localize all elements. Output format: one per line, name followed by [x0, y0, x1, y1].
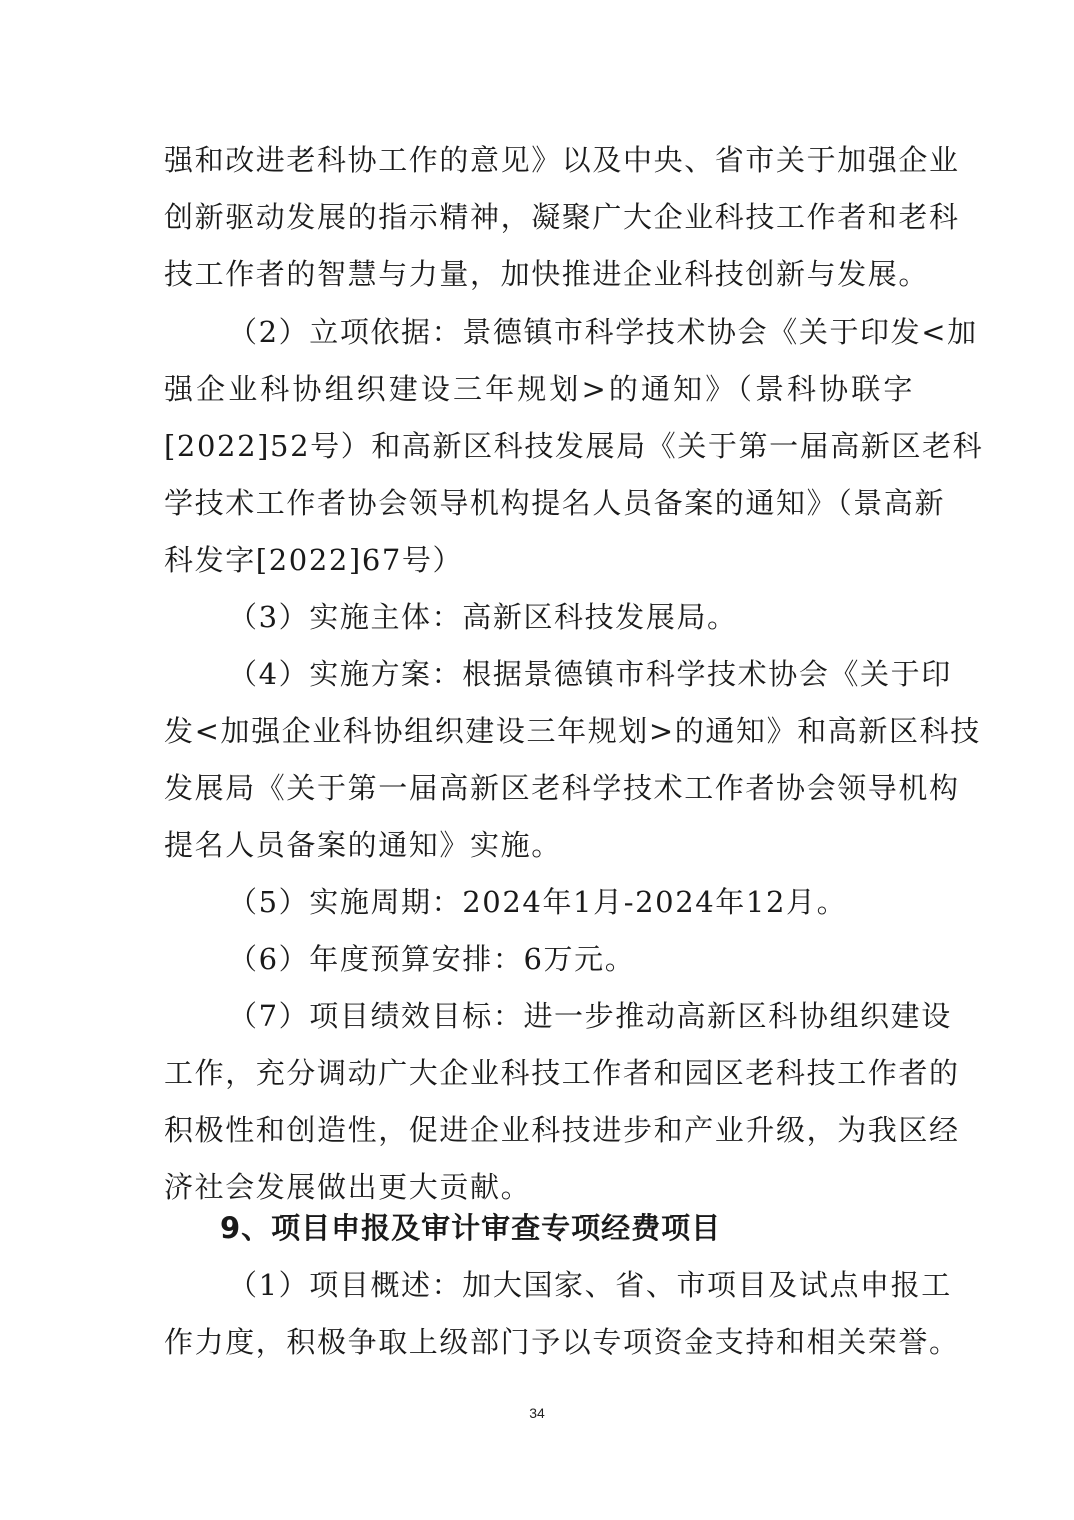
body-text-line: 发展局《关于第一届高新区老科学技术工作者协会领导机构 [164, 768, 914, 808]
body-text-line: 技工作者的智慧与力量，加快推进企业科技创新与发展。 [164, 254, 914, 294]
paragraph-plan-line: （4）实施方案：根据景德镇市科学技术协会《关于印 [228, 654, 914, 694]
body-text-line: 积极性和创造性，促进企业科技进步和产业升级，为我区经 [164, 1110, 914, 1150]
paragraph-overview-line: （1）项目概述：加大国家、省、市项目及试点申报工 [228, 1265, 914, 1305]
page-number: 34 [0, 1405, 1074, 1421]
body-text-line: 创新驱动发展的指示精神，凝聚广大企业科技工作者和老科 [164, 197, 914, 237]
body-text-line: 强企业科协组织建设三年规划>的通知》（景科协联字 [164, 369, 914, 409]
body-text-line: 工作，充分调动广大企业科技工作者和园区老科技工作者的 [164, 1053, 914, 1093]
paragraph-budget-line: （6）年度预算安排：6万元。 [228, 939, 914, 979]
body-text-line: 科发字[2022]67号） [164, 540, 914, 580]
body-text-line: 发<加强企业科协组织建设三年规划>的通知》和高新区科技 [164, 711, 914, 751]
body-text-line: [2022]52号）和高新区科技发展局《关于第一届高新区老科 [164, 426, 914, 466]
section-heading: 9、项目申报及审计审查专项经费项目 [220, 1208, 721, 1248]
document-page: 强和改进老科协工作的意见》以及中央、省市关于加强企业 创新驱动发展的指示精神，凝… [0, 0, 1074, 1520]
paragraph-entity-line: （3）实施主体：高新区科技发展局。 [228, 597, 914, 637]
paragraph-basis-line: （2）立项依据：景德镇市科学技术协会《关于印发<加 [228, 312, 914, 352]
paragraph-period-line: （5）实施周期：2024年1月-2024年12月。 [228, 882, 914, 922]
body-text-line: 济社会发展做出更大贡献。 [164, 1167, 914, 1207]
body-text-line: 提名人员备案的通知》实施。 [164, 825, 914, 865]
body-text-line: 强和改进老科协工作的意见》以及中央、省市关于加强企业 [164, 140, 914, 180]
body-text-line: 学技术工作者协会领导机构提名人员备案的通知》（景高新 [164, 483, 914, 523]
paragraph-goal-line: （7）项目绩效目标：进一步推动高新区科协组织建设 [228, 996, 914, 1036]
body-text-line: 作力度，积极争取上级部门予以专项资金支持和相关荣誉。 [164, 1322, 914, 1362]
